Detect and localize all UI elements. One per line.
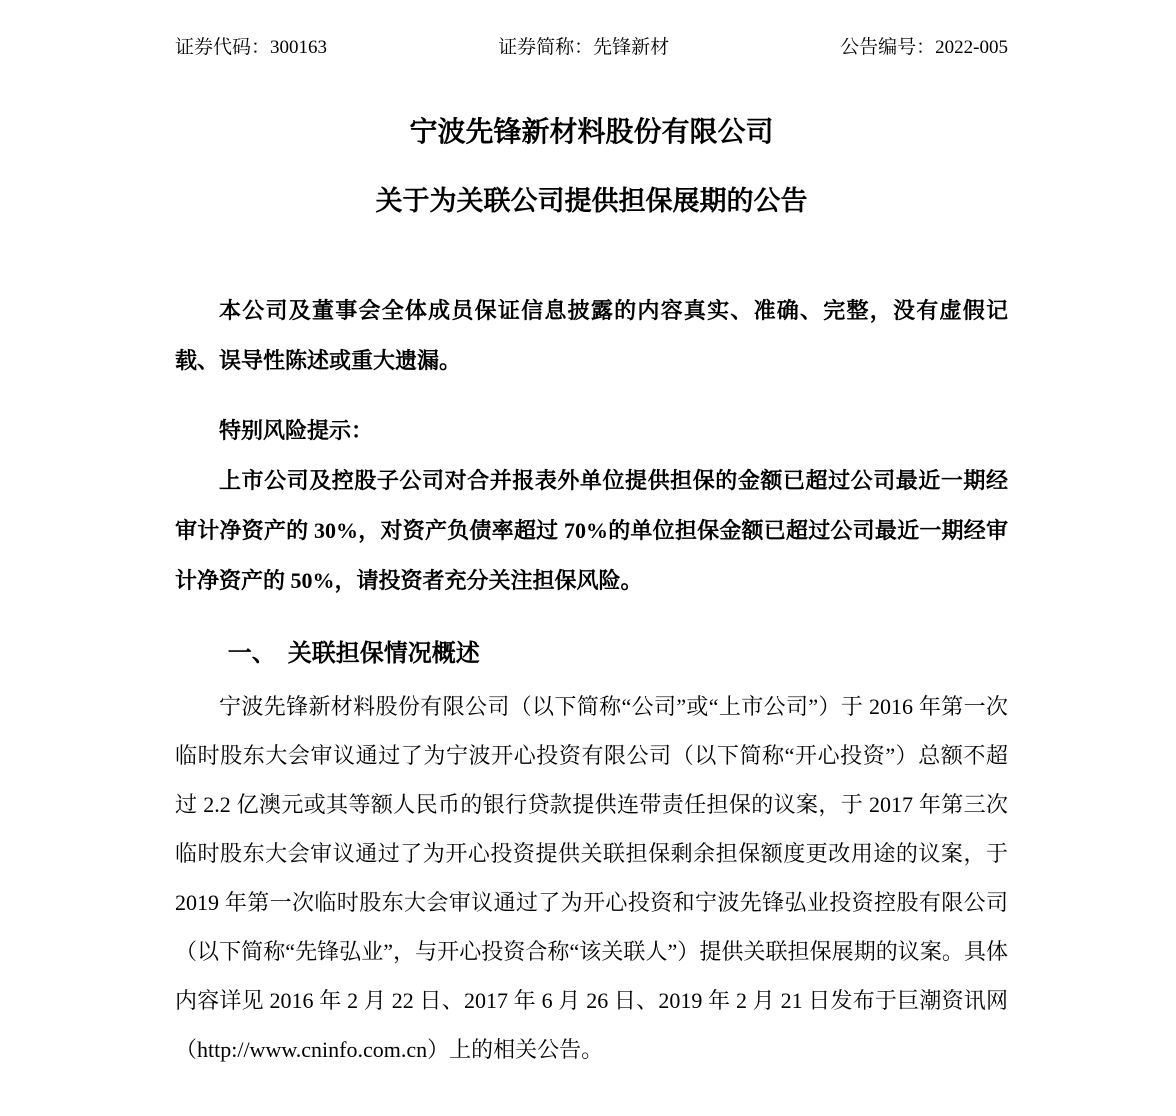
risk-notice-heading: 特别风险提示： [175, 406, 1008, 456]
board-statement-paragraph: 本公司及董事会全体成员保证信息披露的内容真实、准确、完整，没有虚假记载、误导性陈… [175, 286, 1008, 386]
stock-code-label: 证券代码：300163 [175, 34, 327, 62]
document-header: 证券代码：300163 证券简称：先锋新材 公告编号：2022-005 [175, 34, 1008, 62]
document-page: 证券代码：300163 证券简称：先锋新材 公告编号：2022-005 宁波先锋… [0, 0, 1176, 1116]
announcement-title: 关于为关联公司提供担保展期的公告 [175, 182, 1008, 220]
risk-notice-paragraph: 上市公司及控股子公司对合并报表外单位提供担保的金额已超过公司最近一期经审计净资产… [175, 456, 1008, 606]
announcement-number-label: 公告编号：2022-005 [840, 34, 1008, 62]
stock-abbreviation-label: 证券简称：先锋新材 [498, 34, 669, 62]
company-title: 宁波先锋新材料股份有限公司 [175, 114, 1008, 152]
section-1-heading: 一、 关联担保情况概述 [175, 628, 1008, 680]
section-1-paragraph: 宁波先锋新材料股份有限公司（以下简称“公司”或“上市公司”）于 2016 年第一… [175, 682, 1008, 1074]
